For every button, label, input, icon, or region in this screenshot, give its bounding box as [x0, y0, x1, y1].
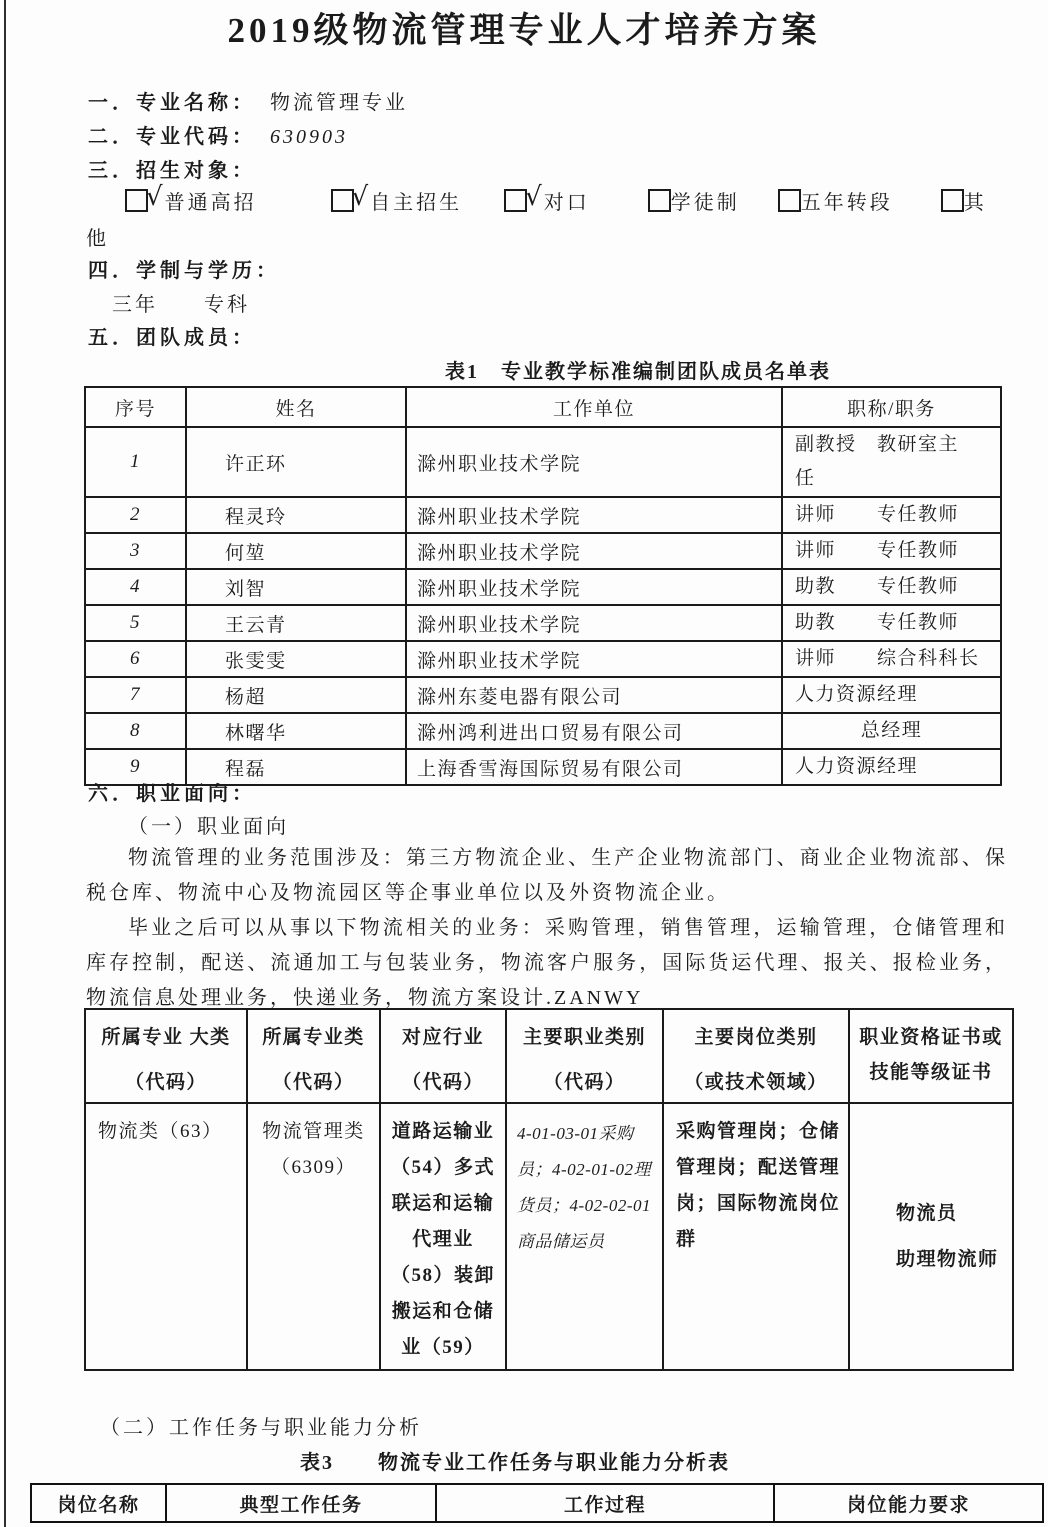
checkmark-icon: √ — [525, 188, 542, 207]
wrapped-char-other: 他 — [86, 222, 109, 251]
col-header: 职称/职务 — [782, 387, 1001, 427]
table-row: 4 刘智 滁州职业技术学院 助教 专任教师 — [85, 569, 1001, 605]
checkbox-icon — [648, 189, 671, 212]
major-code-value: 630903 — [270, 126, 348, 148]
career-scope-paragraph: 物流管理的业务范围涉及：第三方物流企业、生产企业物流部门、商业企业物流部、保税仓… — [86, 841, 1008, 911]
career-jobs-paragraph: 毕业之后可以从事以下物流相关的业务：采购管理，销售管理，运输管理，仓储管理和库存… — [86, 911, 1008, 1016]
section-label: 二．专业代码： — [88, 126, 256, 148]
subsection-task-analysis: （二）工作任务与职业能力分析 — [100, 1411, 422, 1440]
col-header: 典型工作任务 — [166, 1484, 436, 1522]
checkbox-icon — [125, 189, 148, 212]
checkmark-icon: √ — [352, 188, 369, 207]
career-category-table: 所属专业 大类（代码） 所属专业类（代码） 对应行业（代码） 主要职业类别（代码… — [84, 1008, 1014, 1371]
section-major-name: 一．专业名称：物流管理专业 — [88, 86, 408, 115]
schooling-value: 三年 专科 — [112, 288, 250, 317]
col-header: 工作过程 — [436, 1484, 774, 1522]
checkbox-item: 其 — [941, 186, 987, 215]
major-subclass-cell: 物流管理类 （6309） — [247, 1103, 380, 1370]
document-title: 2019级物流管理专业人才培养方案 — [0, 3, 1048, 53]
table1-caption: 表1 专业教学标准编制团队成员名单表 — [445, 355, 831, 384]
enrollment-checkbox-row: √普通高招 √自主招生 √对口 学徒制 五年转段 其 — [125, 186, 987, 215]
section-label: 三．招生对象： — [88, 160, 256, 182]
table-row: 3 何堃 滁州职业技术学院 讲师 专任教师 — [85, 533, 1001, 569]
document-page: 2019级物流管理专业人才培养方案 一．专业名称：物流管理专业 二．专业代码：6… — [0, 0, 1048, 1527]
table-row: 8 林曙华 滁州鸿利进出口贸易有限公司 总经理 — [85, 713, 1001, 749]
section-label: 六．职业面向： — [88, 783, 256, 805]
section-label: 五．团队成员： — [88, 327, 256, 349]
section-major-code: 二．专业代码：630903 — [88, 120, 348, 149]
table-row: 2 程灵玲 滁州职业技术学院 讲师 专任教师 — [85, 497, 1001, 533]
certificates-cell: 物流员 助理物流师 — [849, 1103, 1013, 1370]
page-left-border — [4, 0, 6, 1527]
checkbox-icon — [504, 189, 527, 212]
table-header-row: 所属专业 大类（代码） 所属专业类（代码） 对应行业（代码） 主要职业类别（代码… — [85, 1009, 1013, 1103]
section-schooling: 四．学制与学历： — [88, 254, 280, 283]
checkmark-icon: √ — [146, 188, 163, 207]
major-class-cell: 物流类（63） — [85, 1103, 247, 1370]
table3-caption: 表3 物流专业工作任务与职业能力分析表 — [300, 1446, 730, 1475]
col-header: 所属专业类（代码） — [247, 1009, 380, 1103]
section-enrollment-target: 三．招生对象： — [88, 154, 256, 183]
col-header: 所属专业 大类（代码） — [85, 1009, 247, 1103]
team-members-table: 序号 姓名 工作单位 职称/职务 1 许正环 滁州职业技术学院 副教授 教研室主… — [84, 386, 1002, 786]
table-row: 7 杨超 滁州东菱电器有限公司 人力资源经理 — [85, 677, 1001, 713]
table-row: 5 王云青 滁州职业技术学院 助教 专任教师 — [85, 605, 1001, 641]
table-row: 1 许正环 滁州职业技术学院 副教授 教研室主 任 — [85, 427, 1001, 497]
checkbox-item: √自主招生 — [331, 186, 463, 215]
col-header: 主要职业类别（代码） — [506, 1009, 663, 1103]
industry-cell: 道路运输业（54）多式联运和运输代理业（58）装卸搬运和仓储业（59） — [380, 1103, 506, 1370]
table-header-row: 序号 姓名 工作单位 职称/职务 — [85, 387, 1001, 427]
checkbox-icon — [778, 189, 801, 212]
checkbox-icon — [941, 189, 964, 212]
col-header: 序号 — [85, 387, 186, 427]
section-value: 物流管理专业 — [270, 92, 408, 114]
checkbox-item: 五年转段 — [778, 186, 893, 215]
section-team-members: 五．团队成员： — [88, 321, 256, 350]
col-header: 职业资格证书或技能等级证书 — [849, 1009, 1013, 1103]
col-header: 对应行业（代码） — [380, 1009, 506, 1103]
post-category-cell: 采购管理岗；仓储管理岗；配送管理岗；国际物流岗位群 — [663, 1103, 849, 1370]
col-header: 主要岗位类别（或技术领域） — [663, 1009, 849, 1103]
checkbox-item: √对口 — [504, 186, 590, 215]
section-career-orientation: 六．职业面向： — [88, 777, 256, 806]
table-row: 物流类（63） 物流管理类 （6309） 道路运输业（54）多式联运和运输代理业… — [85, 1103, 1013, 1370]
col-header: 岗位能力要求 — [774, 1484, 1043, 1522]
table-header-row: 岗位名称 典型工作任务 工作过程 岗位能力要求 — [31, 1484, 1043, 1522]
occupation-codes-cell: 4-01-03-01采购员；4-02-01-02理货员；4-02-02-01商品… — [506, 1103, 663, 1370]
checkbox-icon — [331, 189, 354, 212]
section-label: 一．专业名称： — [88, 92, 256, 114]
col-header: 姓名 — [186, 387, 406, 427]
table-row: 6 张雯雯 滁州职业技术学院 讲师 综合科科长 — [85, 641, 1001, 677]
checkbox-item: 学徒制 — [648, 186, 740, 215]
col-header: 岗位名称 — [31, 1484, 166, 1522]
checkbox-item: √普通高招 — [125, 186, 257, 215]
section-label: 四．学制与学历： — [88, 260, 280, 282]
task-analysis-table: 岗位名称 典型工作任务 工作过程 岗位能力要求 — [30, 1483, 1044, 1523]
col-header: 工作单位 — [406, 387, 782, 427]
subsection-career: （一）职业面向 — [128, 810, 289, 839]
